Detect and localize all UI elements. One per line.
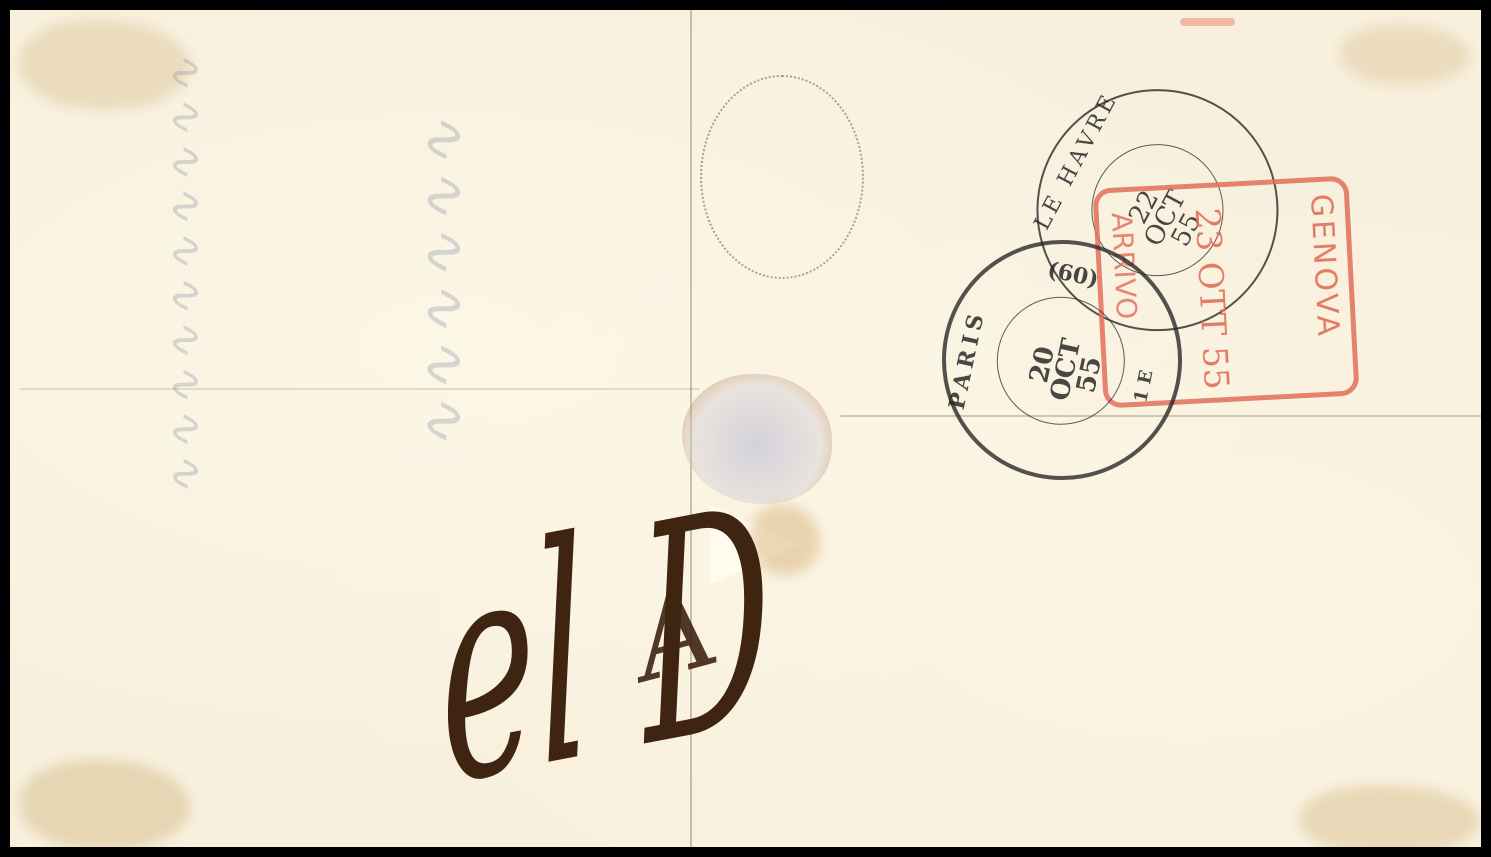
postmark-city: GENOVA bbox=[1303, 193, 1346, 339]
faint-postmark bbox=[700, 75, 864, 279]
paper-stain bbox=[20, 760, 190, 847]
paper-stain bbox=[1340, 25, 1470, 85]
postmark-date: 23 OTT 55 bbox=[1187, 207, 1236, 391]
fold-line bbox=[20, 388, 700, 390]
manuscript-address: el D bbox=[430, 466, 781, 828]
red-postmark-fragment bbox=[1180, 18, 1235, 26]
folded-letter: ∿∿∿∿∿∿∿∿∿∿ ∿∿∿∿∿∿ el D A LE HAVRE 22 OCT… bbox=[10, 10, 1481, 847]
show-through-writing: ∿∿∿∿∿∿∿∿∿∿ bbox=[160, 50, 214, 495]
show-through-writing: ∿∿∿∿∿∿ bbox=[410, 110, 480, 448]
paper-stain bbox=[1300, 785, 1480, 847]
